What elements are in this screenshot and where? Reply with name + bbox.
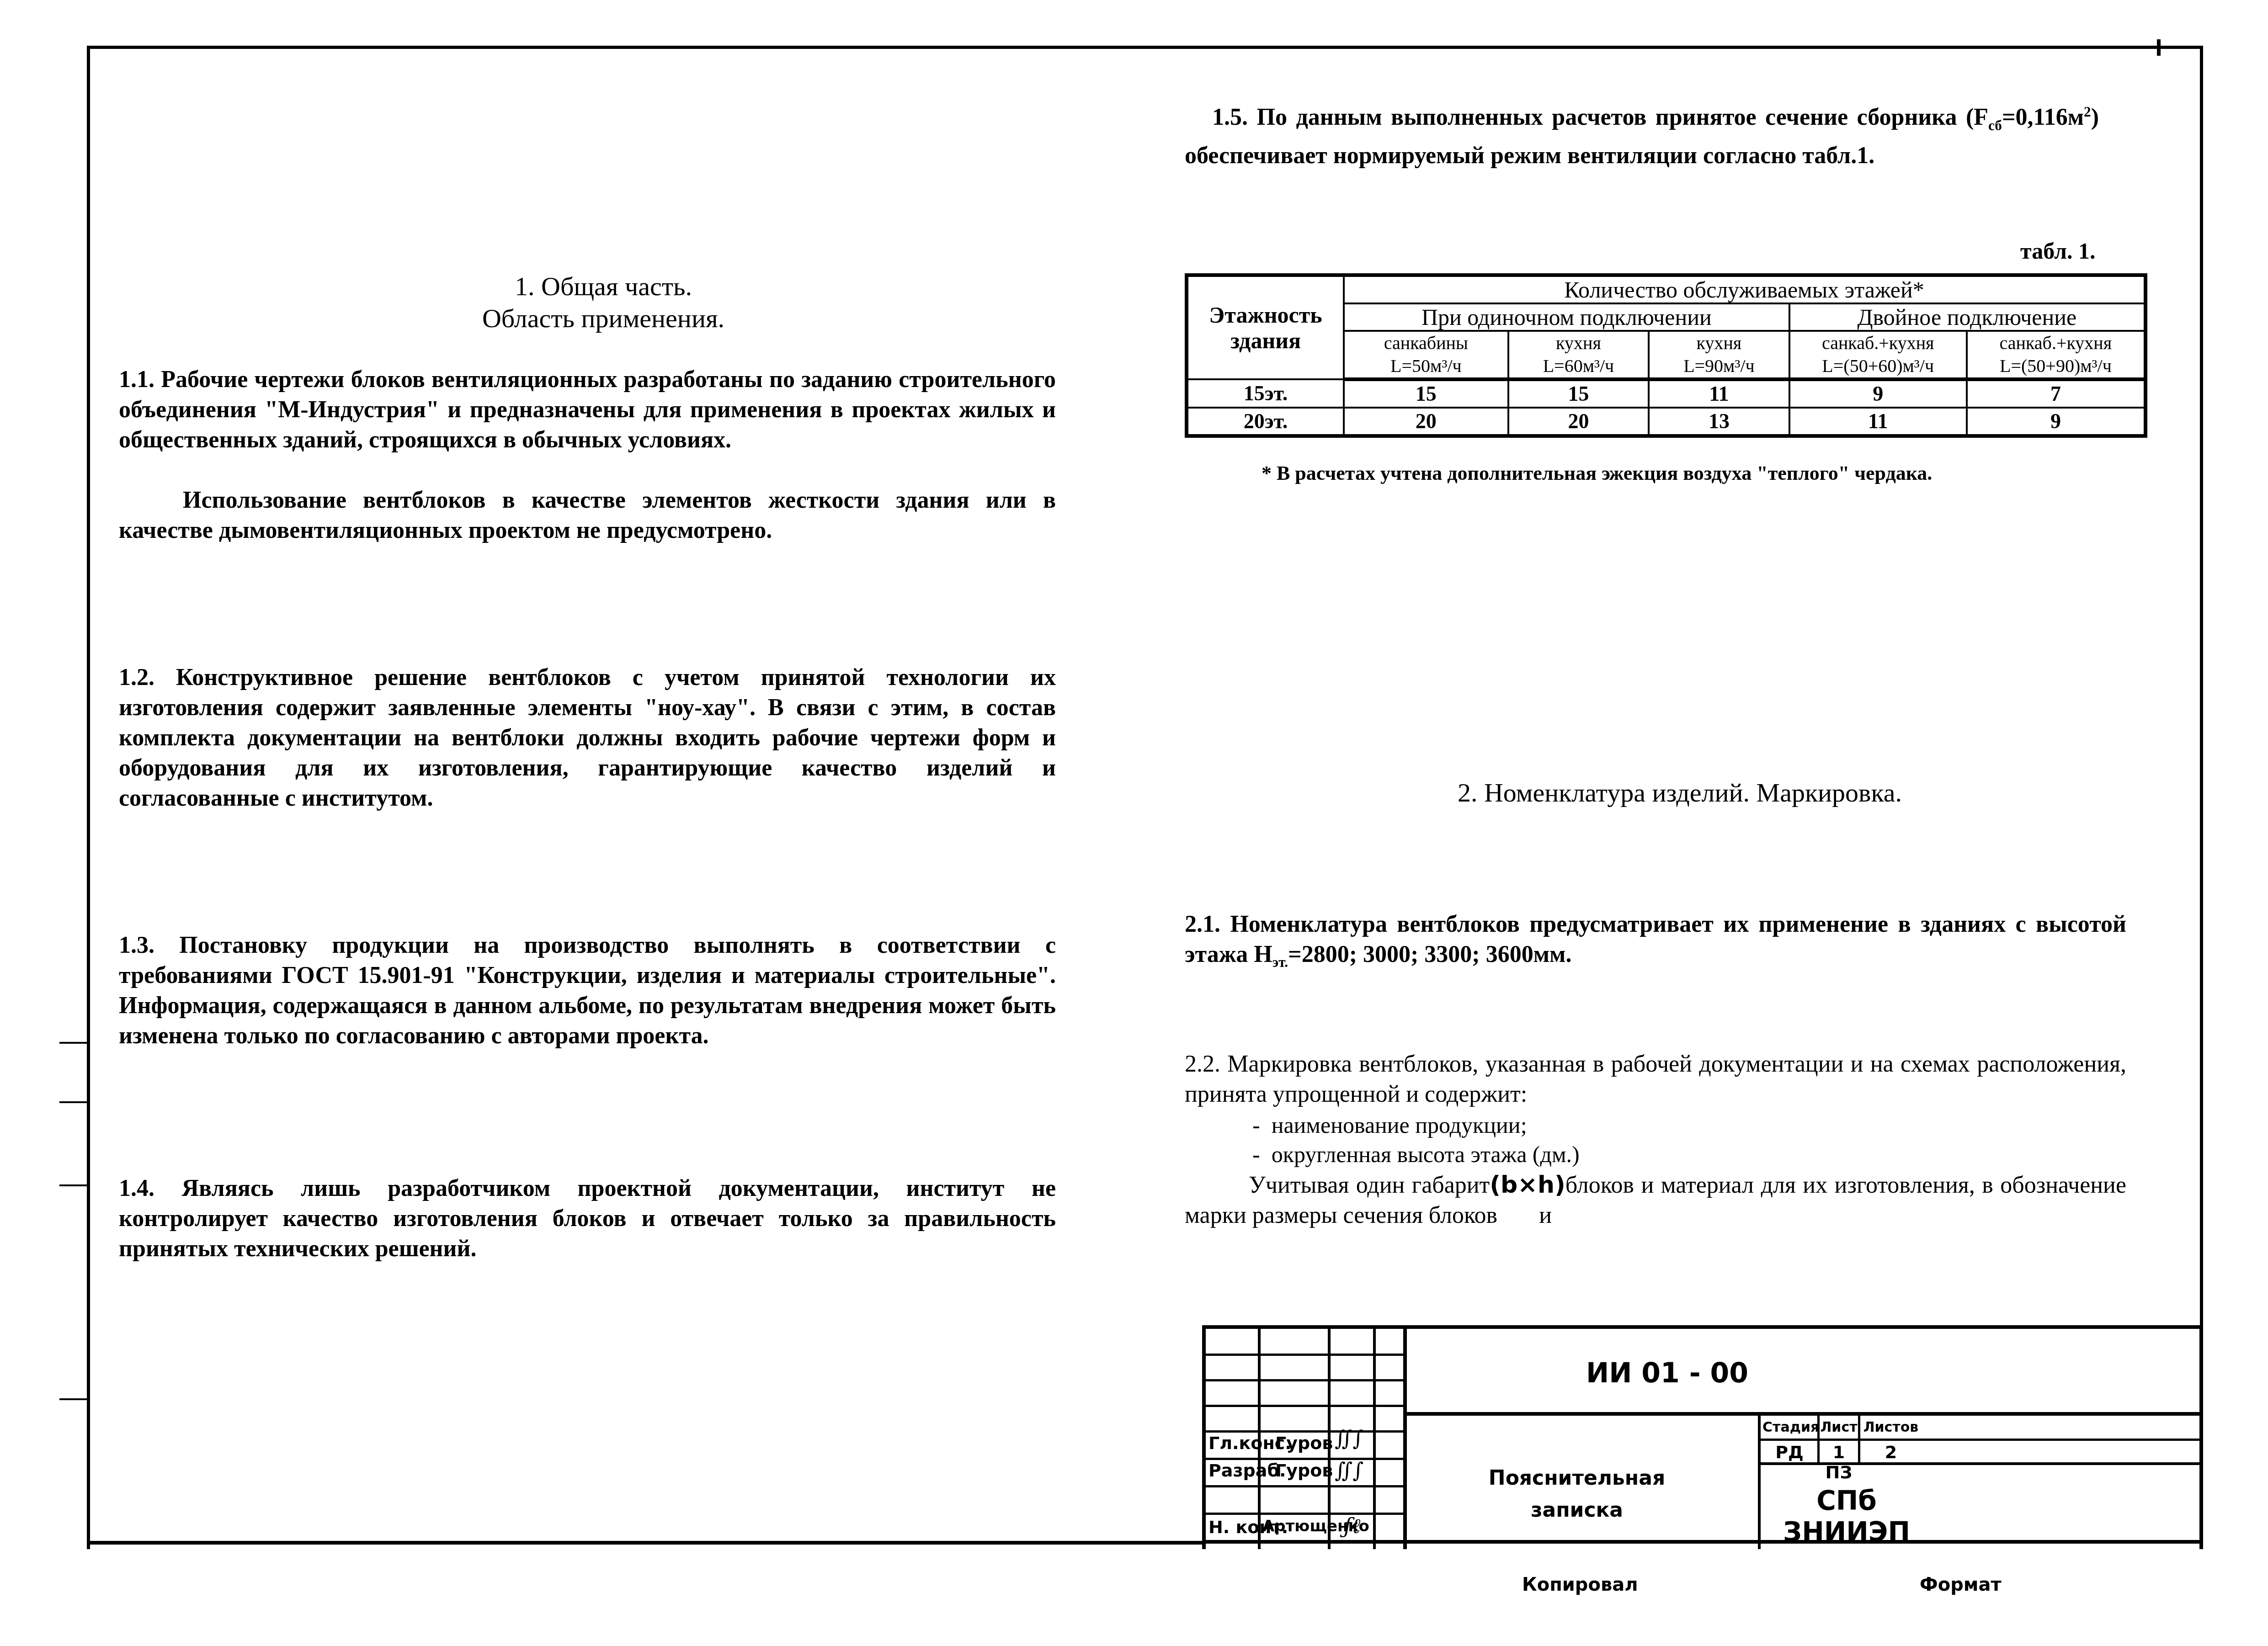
p21-text-b: =2800; 3000; 3300; 3600мм. (1288, 941, 1571, 967)
column-name: санкаб.+кухня (1970, 332, 2142, 355)
role-name: Гуров (1275, 1460, 1333, 1481)
bullet-item: - округленная высота этажа (дм.) (1252, 1140, 1580, 1169)
p23-text-a: Учитывая один габарит (1249, 1172, 1490, 1198)
p15-formula-value: =0,116м (2002, 104, 2084, 130)
table-caption: табл. 1. (2020, 238, 2095, 264)
table-cell: 13 (1649, 408, 1789, 436)
stage-value: РД (1762, 1442, 1816, 1462)
column-header: санкабиныL=50м³/ч (1344, 331, 1508, 379)
title-block: ИИ 01 - 00 Гл.конс. Гуров Разраб. Гуров … (1202, 1325, 2208, 1549)
p23-text-end: и (1539, 1202, 1552, 1228)
role-name: Гуров (1275, 1433, 1333, 1453)
table-cell: 15 (1344, 379, 1508, 408)
p15-formula-sub: сб (1988, 117, 2002, 133)
margin-tick (59, 1042, 87, 1044)
bullet-text: наименование продукции; (1272, 1112, 1527, 1138)
column-flow: L=(50+60)м³/ч (1792, 355, 1964, 377)
section-subtitle: Область применения. (137, 303, 1070, 335)
margin-tick (59, 1101, 87, 1103)
document-title: Пояснительная записка (1449, 1462, 1705, 1526)
margin-tick (59, 1398, 87, 1400)
p15-text-a: 1.5. По данным выполненных расчетов прин… (1185, 104, 1957, 130)
table-cell: 11 (1789, 408, 1967, 436)
header-double-connection: Двойное подключение (1789, 303, 2146, 331)
p21-sub: эт. (1272, 954, 1288, 970)
column-name: кухня (1511, 332, 1646, 355)
header-building-floors: Этажность здания (1187, 275, 1344, 379)
stage-label: Стадия (1762, 1419, 1816, 1435)
table-cell: 7 (1967, 379, 2146, 408)
signature-icon: ƒℓ (1344, 1513, 1360, 1538)
sheets-label: Листов (1861, 1419, 1921, 1435)
table-row: 20эт. 20 20 13 11 9 (1187, 408, 2146, 436)
paragraph-1-5: 1.5. По данным выполненных расчетов прин… (1185, 97, 2099, 171)
p15-formula-sup: 2 (2084, 104, 2091, 120)
sheet-value: 1 ПЗ (1820, 1442, 1858, 1482)
p15-formula-f: (F (1966, 104, 1988, 130)
section-title: 1. Общая часть. (137, 271, 1070, 303)
role-label: Разраб. (1209, 1460, 1286, 1481)
table-cell: 9 (1789, 379, 1967, 408)
p23-handwritten-dims: (b×h) (1490, 1171, 1565, 1199)
table-cell: 20 (1344, 408, 1508, 436)
paragraph-2-3: Учитывая один габарит(b×h)блоков и матер… (1185, 1170, 2126, 1231)
table-cell: 11 (1649, 379, 1789, 408)
header-single-connection: При одиночном подключении (1344, 303, 1789, 331)
paragraph-1-1: 1.1. Рабочие чертежи блоков вентиляционн… (119, 365, 1056, 455)
section-2-title: 2. Номенклатура изделий. Маркировка. (1188, 777, 2171, 809)
copied-by-label: Копировал (1522, 1574, 1638, 1595)
document-title-line: записка (1449, 1494, 1705, 1526)
paragraph-1-3: 1.3. Постановку продукции на производств… (119, 930, 1056, 1051)
paragraph-1-4: 1.4. Являясь лишь разработчиком проектно… (119, 1173, 1056, 1264)
bullet-text: округленная высота этажа (дм.) (1272, 1142, 1580, 1167)
column-flow: L=60м³/ч (1511, 355, 1646, 377)
document-title-line: Пояснительная (1449, 1462, 1705, 1494)
ventilation-table: Этажность здания Количество обслуживаемы… (1185, 273, 2147, 438)
column-name: санкабины (1347, 332, 1506, 355)
table-cell: 15 (1508, 379, 1649, 408)
margin-tick (59, 1184, 87, 1186)
format-label: Формат (1920, 1574, 2002, 1595)
document-code: ИИ 01 - 00 (1586, 1357, 1748, 1389)
table-cell: 9 (1967, 408, 2146, 436)
signature-icon: ∬∫ (1335, 1426, 1363, 1450)
column-flow: L=(50+90)м³/ч (1970, 355, 2142, 377)
paragraph-1-2: 1.2. Конструктивное решение вентблоков с… (119, 663, 1056, 813)
bullet-item: - наименование продукции; (1252, 1110, 1527, 1140)
row-label: 20эт. (1187, 408, 1344, 436)
frame-fold-mark (2157, 39, 2161, 56)
column-flow: L=50м³/ч (1347, 355, 1506, 377)
sheets-value: 2 (1861, 1442, 1921, 1462)
table-footnote: * В расчетах учтена дополнительная эжекц… (1262, 462, 1932, 485)
organization: СПб ЗНИИЭП (1764, 1485, 1929, 1547)
column-header: кухняL=90м³/ч (1649, 331, 1789, 379)
paragraph-2-1: 2.1. Номенклатура вентблоков предусматри… (1185, 909, 2126, 977)
column-name: кухня (1651, 332, 1786, 355)
column-flow: L=90м³/ч (1651, 355, 1786, 377)
sheet-label: Лист (1820, 1419, 1858, 1435)
column-header: санкаб.+кухняL=(50+90)м³/ч (1967, 331, 2146, 379)
row-label: 15эт. (1187, 379, 1344, 408)
paragraph-1-1b: Использование вентблоков в качестве элем… (119, 485, 1056, 546)
section-1-title: 1. Общая часть. Область применения. (137, 271, 1070, 335)
column-header: кухняL=60м³/ч (1508, 331, 1649, 379)
header-served-floors: Количество обслуживаемых этажей* (1344, 275, 2146, 303)
paragraph-2-2: 2.2. Маркировка вентблоков, указанная в … (1185, 1049, 2126, 1110)
column-header: санкаб.+кухняL=(50+60)м³/ч (1789, 331, 1967, 379)
table-row: 15эт. 15 15 11 9 7 (1187, 379, 2146, 408)
sheet-frame-bottom (87, 1541, 1202, 1545)
table-cell: 20 (1508, 408, 1649, 436)
column-name: санкаб.+кухня (1792, 332, 1964, 355)
signature-icon: ∬∫ (1335, 1458, 1363, 1482)
